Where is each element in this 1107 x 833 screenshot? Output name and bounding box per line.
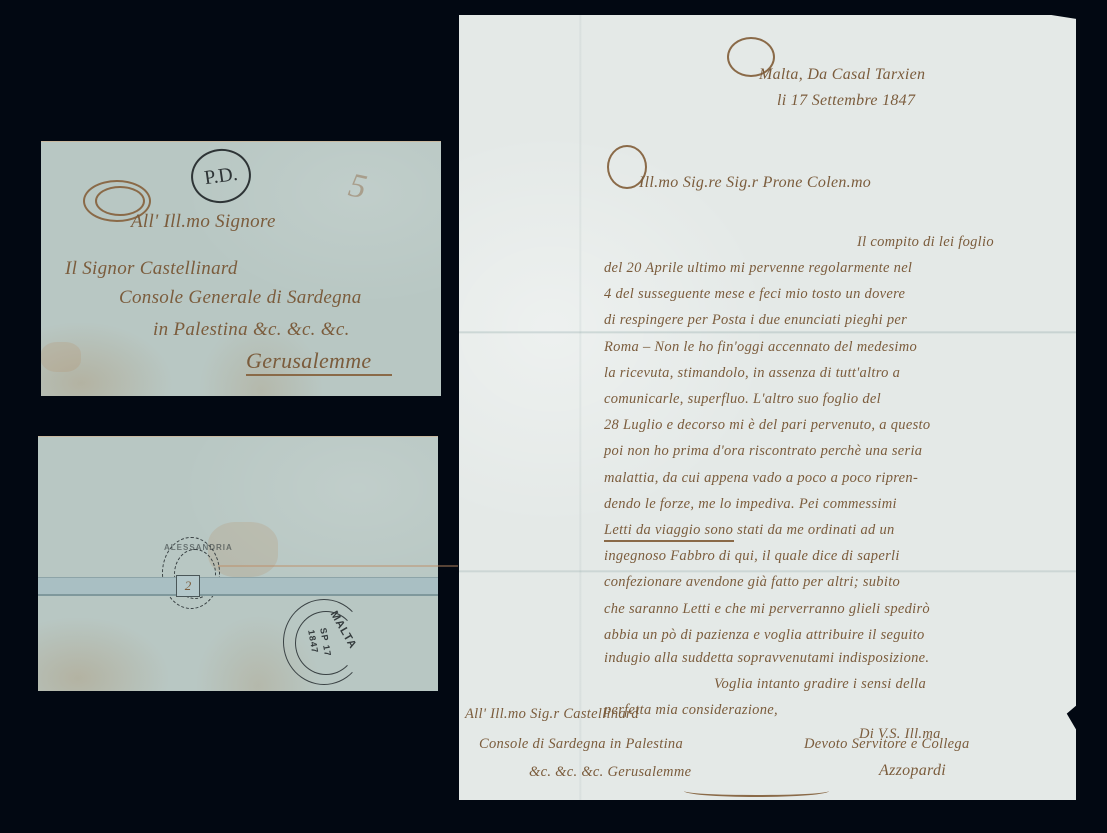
- flourish-underline: [684, 785, 829, 797]
- body-line: 4 del susseguente mese e feci mio tosto …: [604, 287, 905, 302]
- address-city: Gerusalemme: [246, 350, 392, 376]
- body-line: Letti da viaggio sono stati da me ordina…: [604, 523, 895, 538]
- pd-postmark: P.D.: [188, 145, 255, 207]
- pd-postmark-text: P.D.: [203, 162, 239, 189]
- closing-line: Voglia intanto gradire i sensi della: [714, 677, 926, 692]
- letter-date: li 17 Settembre 1847: [777, 93, 915, 109]
- letter-signoff: Devoto Servitore e Collega: [804, 737, 970, 752]
- rate-box-text: 2: [185, 578, 192, 594]
- docket-line: Console di Sardegna in Palestina: [479, 737, 683, 752]
- letter-signature: Azzopardi: [879, 763, 946, 779]
- body-line: dendo le forze, me lo impediva. Pei comm…: [604, 497, 897, 512]
- body-line: confezionare avendone già fatto per altr…: [604, 575, 900, 590]
- body-line: la ricevuta, stimandolo, in assenza di t…: [604, 366, 900, 381]
- stain: [41, 342, 81, 372]
- underline-letti-da-viaggio: [604, 540, 734, 542]
- seal-flap-band: [38, 577, 438, 596]
- letter-place: Malta, Da Casal Tarxien: [759, 67, 925, 83]
- address-line-2: Il Signor Castellinard: [65, 259, 238, 278]
- body-line: comunicarle, superfluo. L'altro suo fogl…: [604, 392, 881, 407]
- body-line: abbia un pò di pazienza e voglia attribu…: [604, 628, 925, 643]
- envelope-back-cover: ALESSANDRIA 2 MALTA SP 17 1847: [38, 436, 438, 691]
- body-line: 28 Luglio e decorso mi è del pari perven…: [604, 418, 930, 433]
- envelope-front-cover: P.D. 5 All' Ill.mo Signore Il Signor Cas…: [41, 141, 441, 396]
- stain-line: [218, 565, 458, 567]
- rate-box: 2: [176, 575, 200, 597]
- body-line: malattia, da cui appena vado a poco a po…: [604, 471, 918, 486]
- letter-salutation: Ill.mo Sig.re Sig.r Prone Colen.mo: [639, 175, 871, 191]
- body-line: ingegnoso Fabbro di qui, il quale dice d…: [604, 549, 900, 564]
- body-line: poi non ho prima d'ora riscontrato perch…: [604, 444, 922, 459]
- body-line: Roma – Non le ho fin'oggi accennato del …: [604, 340, 917, 355]
- address-line-1: All' Ill.mo Signore: [131, 212, 276, 231]
- body-line: del 20 Aprile ultimo mi pervenne regolar…: [604, 261, 912, 276]
- body-line: indugio alla suddetta sopravvenutami ind…: [604, 651, 929, 666]
- address-line-3: Console Generale di Sardegna: [119, 288, 362, 307]
- address-line-4: in Palestina &c. &c. &c.: [153, 320, 350, 339]
- body-line: Il compito di lei foglio: [857, 235, 994, 250]
- letter-sheet: Malta, Da Casal Tarxien li 17 Settembre …: [459, 15, 1076, 800]
- transit-postmark-text: ALESSANDRIA: [164, 543, 233, 552]
- body-line: di respingere per Posta i due enunciati …: [604, 313, 907, 328]
- docket-line: &c. &c. &c. Gerusalemme: [529, 765, 691, 780]
- docket-line: All' Ill.mo Sig.r Castellinard: [465, 707, 639, 722]
- body-line: che saranno Letti e che mi perverranno g…: [604, 602, 930, 617]
- rate-mark: 5: [346, 169, 370, 206]
